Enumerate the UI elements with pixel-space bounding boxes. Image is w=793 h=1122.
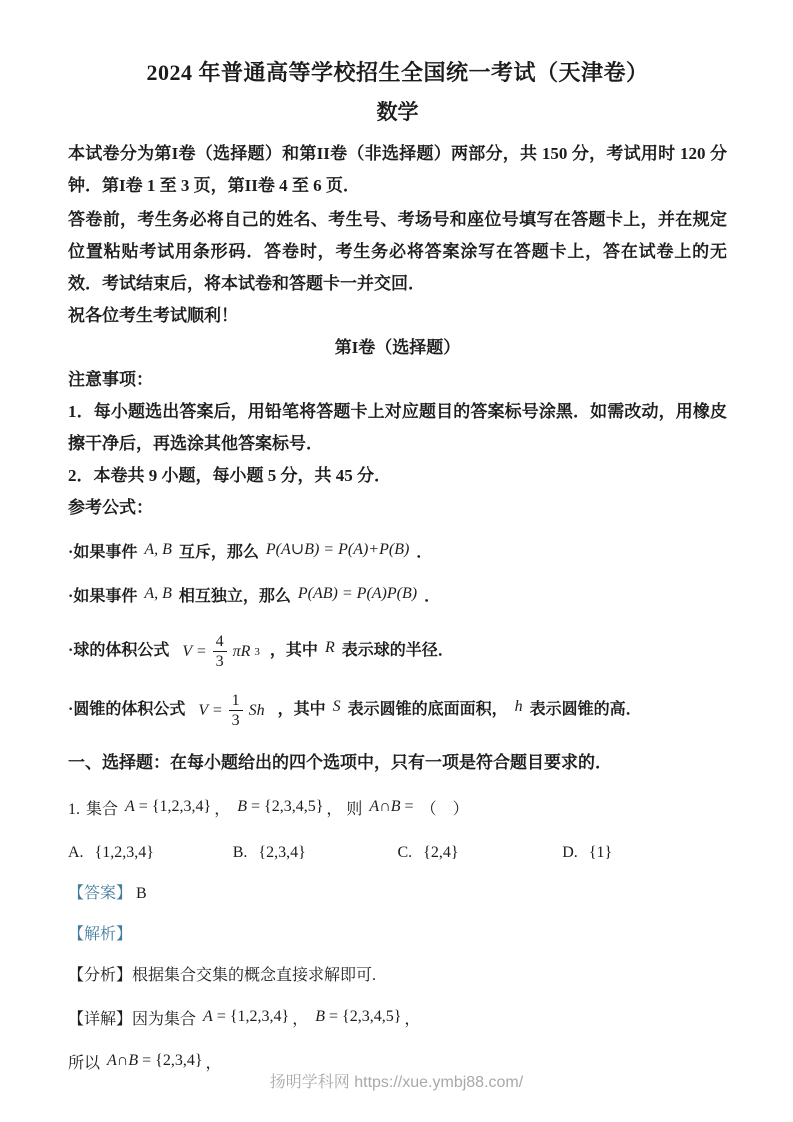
formula1-event-vars: A, B — [144, 535, 172, 565]
var-b: B — [391, 798, 401, 815]
watermark-text: 扬明学科网 https://xue.ymbj88.com/ — [270, 1074, 523, 1091]
answer-label: 【答案】 — [68, 885, 132, 902]
answer-blank-parens: （ ） — [421, 801, 469, 818]
fraction-one-third: 13 — [229, 691, 243, 730]
analysis-label: 【解析】 — [68, 926, 132, 943]
detail-set-b: B = {2,3,4,5} — [315, 1003, 401, 1031]
set-a-elements: = {1,2,3,4} — [135, 798, 211, 815]
formula2-mid: 相互独立，那么 — [179, 588, 291, 605]
fraction-denominator: 3 — [229, 711, 243, 730]
set-b-var: B — [237, 798, 247, 815]
set-b-expression: B = {2,3,4,5} — [237, 792, 323, 822]
option-c-value: {2,4} — [423, 844, 458, 861]
option-c-label: C. — [398, 844, 413, 861]
set-a-elements: = {1,2,3,4} — [213, 1008, 289, 1025]
intro-paragraph-structure: 本试卷分为第I卷（选择题）和第II卷（非选择题）两部分，共 150 分，考试用时… — [68, 138, 727, 202]
intersection-expression: A∩B = — [369, 792, 413, 822]
detail-set-a: A = {1,2,3,4} — [203, 1003, 289, 1031]
var-a: A — [107, 1052, 117, 1069]
sphere-eq-lhs: V = — [182, 637, 206, 667]
option-c: C.{2,4} — [398, 839, 563, 867]
cone-formula-suffix: 表示圆锥的高． — [530, 701, 642, 718]
option-a-value: {1,2,3,4} — [95, 844, 154, 861]
cone-volume-equation: V = 13 Sh — [195, 691, 267, 730]
formula2-period: ． — [424, 588, 440, 605]
detail-label: 【详解】 — [68, 1011, 132, 1028]
question-1-text: 集合 — [86, 801, 118, 818]
formula2-expression: P(AB) = P(A)P(B) — [298, 579, 417, 609]
option-d-label: D. — [562, 844, 578, 861]
sphere-formula-mid: ，其中 — [270, 642, 318, 659]
analysis-section-line: 【解析】 — [68, 921, 727, 949]
cone-formula-prefix: ·圆锥的体积公式 — [68, 701, 185, 718]
question-1: 1.集合 A = {1,2,3,4}， B = {2,3,4,5}， 则 A∩B… — [68, 792, 727, 825]
fraction-numerator: 4 — [213, 632, 227, 652]
result-set: = {2,3,4} — [138, 1052, 202, 1069]
formula1-expression: P(A∪B) = P(A)+P(B) — [266, 535, 409, 565]
equals-sign: = — [401, 798, 414, 815]
sphere-volume-equation: V = 43 πR3 — [179, 632, 260, 671]
fraction-numerator: 1 — [229, 691, 243, 711]
separator: ， — [292, 1011, 308, 1028]
answer-line: 【答案】B — [68, 880, 727, 908]
intro-wish: 祝各位考生考试顺利！ — [68, 300, 727, 332]
cone-base-area-var: S — [333, 692, 341, 722]
cone-eq-tail: Sh — [249, 696, 265, 726]
approach-text: 根据集合交集的概念直接求解即可. — [132, 967, 376, 984]
exam-subject: 数学 — [68, 98, 727, 126]
reference-formula-title: 参考公式： — [68, 492, 727, 524]
separator: ， — [326, 801, 342, 818]
sphere-formula-prefix: ·球的体积公式 — [68, 642, 169, 659]
cone-eq-lhs: V = — [198, 696, 222, 726]
mcq-section-heading: 一、选择题：在每小题给出的四个选项中，只有一项是符合题目要求的． — [68, 748, 727, 778]
approach-label: 【分析】 — [68, 967, 132, 984]
option-a: A.{1,2,3,4} — [68, 839, 233, 867]
option-d: D.{1} — [562, 839, 727, 867]
question-1-number: 1. — [68, 801, 80, 818]
sphere-eq-tail: πR — [233, 637, 251, 667]
fraction-four-thirds: 43 — [213, 632, 227, 671]
set-a-var: A — [203, 1008, 213, 1025]
formula1-period: ． — [416, 544, 432, 561]
option-b-value: {2,3,4} — [258, 844, 305, 861]
detailed-solution-line: 【详解】因为集合 A = {1,2,3,4}， B = {2,3,4,5}， — [68, 1003, 727, 1034]
formula-mutually-exclusive: ·如果事件 A, B 互斥，那么 P(A∪B) = P(A)+P(B) ． — [68, 535, 727, 568]
set-b-elements: = {2,3,4,5} — [247, 798, 323, 815]
cone-formula-mid-2: 表示圆锥的底面面积， — [348, 701, 508, 718]
intro-paragraph-answer-rules: 答卷前，考生务必将自己的姓名、考生号、考场号和座位号填写在答题卡上，并在规定位置… — [68, 204, 727, 300]
intersection-symbol: ∩ — [117, 1052, 129, 1069]
set-b-elements: = {2,3,4,5} — [325, 1008, 401, 1025]
set-a-expression: A = {1,2,3,4} — [125, 792, 211, 822]
sphere-formula-suffix: 表示球的半径． — [342, 642, 454, 659]
fraction-denominator: 3 — [213, 652, 227, 671]
formula-cone-volume: ·圆锥的体积公式 V = 13 Sh ，其中 S 表示圆锥的底面面积， h 表示… — [68, 691, 727, 730]
separator: ， — [214, 801, 230, 818]
sphere-radius-var: R — [325, 633, 335, 663]
line-end-comma: ， — [404, 1011, 420, 1028]
formula2-prefix: ·如果事件 — [68, 588, 137, 605]
option-b: B.{2,3,4} — [233, 839, 398, 867]
answer-value: B — [136, 885, 147, 902]
cone-formula-mid: ，其中 — [278, 701, 326, 718]
notice-item-2: 2．本卷共 9 小题，每小题 5 分，共 45 分． — [68, 460, 727, 492]
var-b: B — [128, 1052, 138, 1069]
notice-item-1: 1．每小题选出答案后，用铅笔将答题卡上对应题目的答案标号涂黑．如需改动，用橡皮擦… — [68, 396, 727, 460]
cone-height-var: h — [515, 692, 523, 722]
approach-line: 【分析】根据集合交集的概念直接求解即可. — [68, 962, 727, 990]
set-a-var: A — [125, 798, 135, 815]
formula1-mid: 互斥，那么 — [179, 544, 259, 561]
detail-text: 因为集合 — [132, 1011, 196, 1028]
var-a: A — [369, 798, 379, 815]
section-1-header: 第I卷（选择题） — [68, 332, 727, 364]
exam-document-page: 2024 年普通高等学校招生全国统一考试（天津卷） 数学 本试卷分为第I卷（选择… — [0, 0, 793, 1122]
set-b-var: B — [315, 1008, 325, 1025]
intersection-symbol: ∩ — [379, 798, 391, 815]
site-watermark: 扬明学科网 https://xue.ymbj88.com/ — [0, 1069, 793, 1092]
notice-title: 注意事项： — [68, 364, 727, 396]
question-1-then: 则 — [346, 801, 362, 818]
formula-sphere-volume: ·球的体积公式 V = 43 πR3 ，其中 R 表示球的半径． — [68, 632, 727, 671]
formula-independent-events: ·如果事件 A, B 相互独立，那么 P(AB) = P(A)P(B) ． — [68, 579, 727, 612]
exam-title: 2024 年普通高等学校招生全国统一考试（天津卷） — [68, 58, 727, 88]
question-1-options: A.{1,2,3,4} B.{2,3,4} C.{2,4} D.{1} — [68, 839, 727, 867]
formula2-event-vars: A, B — [144, 579, 172, 609]
formula1-prefix: ·如果事件 — [68, 544, 137, 561]
option-b-label: B. — [233, 844, 248, 861]
sphere-eq-exponent: 3 — [254, 637, 260, 667]
option-d-value: {1} — [589, 844, 612, 861]
option-a-label: A. — [68, 844, 84, 861]
